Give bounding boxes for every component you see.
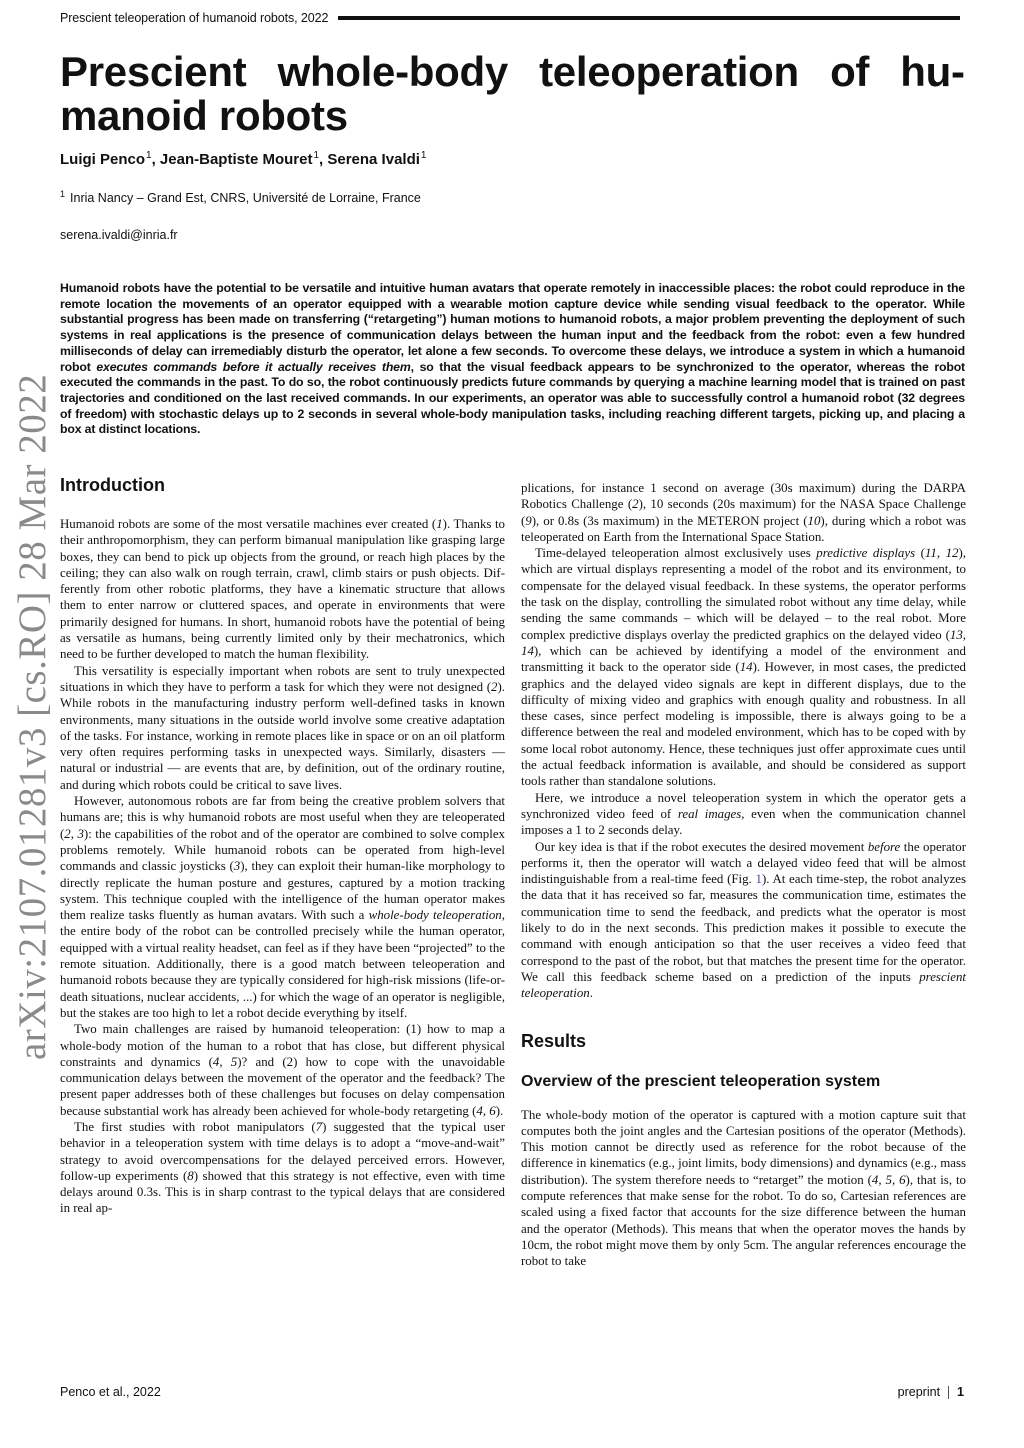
author-affil-mark: 1 (146, 150, 152, 161)
contact-email[interactable]: serena.ivaldi@inria.fr (60, 228, 178, 242)
paragraph: Here, we introduce a novel teleoperation… (521, 790, 966, 839)
emphasis: whole-body teleoperation (369, 908, 502, 922)
paragraph: This versatility is especially important… (60, 663, 505, 793)
left-column: Introduction Humanoid robots are some of… (60, 474, 505, 1217)
citation[interactable]: 10 (808, 514, 821, 528)
citation[interactable]: 14 (740, 660, 753, 674)
paper-title: Prescient whole-body teleoperation of hu… (60, 50, 965, 138)
running-head-text: Prescient teleoperation of humanoid robo… (60, 11, 328, 25)
running-head-rule (338, 16, 960, 20)
emphasis: real images (678, 807, 741, 821)
paragraph: Our key idea is that if the robot execut… (521, 839, 966, 1002)
section-heading-results: Results (521, 1030, 966, 1052)
footer-citation: Penco et al., 2022 (60, 1385, 161, 1399)
section-heading-introduction: Introduction (60, 474, 505, 496)
footer-label: preprint (898, 1385, 940, 1399)
paragraph: The first studies with robot manipulator… (60, 1119, 505, 1217)
page-number: 1 (957, 1385, 964, 1399)
paragraph: The whole-body motion of the operator is… (521, 1107, 966, 1270)
right-column: plications, for instance 1 second on ave… (521, 480, 966, 1269)
footer-page-info: preprint 1 (898, 1385, 964, 1399)
affiliation: 1Inria Nancy – Grand Est, CNRS, Universi… (60, 189, 421, 205)
author-name: Luigi Penco (60, 151, 145, 168)
citation[interactable]: 4, 5 (213, 1055, 237, 1069)
citation[interactable]: 4, 6 (476, 1104, 495, 1118)
affiliation-text: Inria Nancy – Grand Est, CNRS, Universit… (70, 191, 421, 205)
paragraph: plications, for instance 1 second on ave… (521, 480, 966, 545)
subsection-heading-overview: Overview of the prescient teleoperation … (521, 1072, 966, 1092)
paragraph: Time-delayed teleoperation almost exclus… (521, 545, 966, 789)
affiliation-mark: 1 (60, 189, 65, 199)
running-head: Prescient teleoperation of humanoid robo… (60, 11, 960, 25)
abstract-emphasis: executes commands before it actually rec… (96, 360, 410, 374)
citation[interactable]: 4, 5, 6 (872, 1173, 906, 1187)
emphasis: before (868, 840, 900, 854)
citation[interactable]: 11, 12 (925, 546, 959, 560)
author-affil-mark: 1 (421, 150, 427, 161)
emphasis: predictive dis­plays (816, 546, 915, 560)
paragraph: Two main challenges are raised by humano… (60, 1021, 505, 1119)
arxiv-identifier-stamp: arXiv:2107.01281v3 [cs.RO] 28 Mar 2022 (10, 374, 55, 1060)
paragraph: However, autonomous robots are far from … (60, 793, 505, 1021)
author-name: Jean-Baptiste Mouret (160, 151, 313, 168)
abstract: Humanoid robots have the potential to be… (60, 281, 965, 438)
footer-divider (948, 1386, 949, 1399)
author-name: Serena Ivaldi (327, 151, 420, 168)
author-affil-mark: 1 (313, 150, 319, 161)
author-list: Luigi Penco1, Jean-Baptiste Mouret1, Ser… (60, 150, 426, 168)
citation[interactable]: 2, 3 (64, 827, 84, 841)
paragraph: Humanoid robots are some of the most ver… (60, 516, 505, 663)
